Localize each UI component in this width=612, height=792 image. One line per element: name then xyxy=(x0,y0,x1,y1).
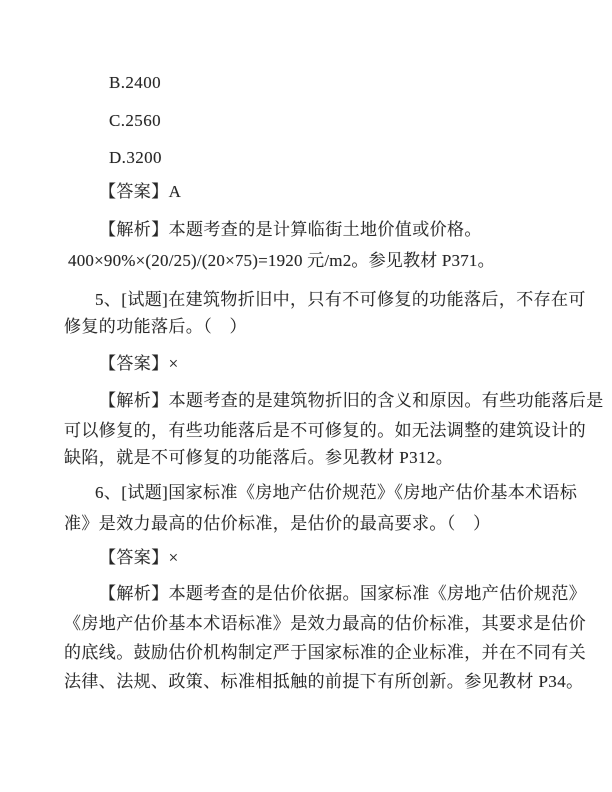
question5-answer: 【答案】× xyxy=(99,353,179,375)
question5-analysis-line1: 【解析】本题考查的是建筑物折旧的含义和原因。有些功能落后是 xyxy=(99,390,604,412)
option-d: D.3200 xyxy=(109,147,162,169)
option-c: C.2560 xyxy=(109,110,161,132)
question6-analysis-line4: 法律、法规、政策、标准相抵触的前提下有所创新。参见教材 P34。 xyxy=(64,671,584,693)
document-page: B.2400 C.2560 D.3200 【答案】A 【解析】本题考查的是计算临… xyxy=(0,0,612,792)
question6-stem-line1: 6、[试题]国家标准《房地产估价规范》《房地产估价基本术语标 xyxy=(95,482,577,504)
question6-analysis-line3: 的底线。鼓励估价机构制定严于国家标准的企业标准，并在不同有关 xyxy=(64,642,586,664)
analysis-partial-formula: 400×90%×(20/25)/(20×75)=1920 元/m2。参见教材 P… xyxy=(68,250,495,272)
question6-analysis-line1: 【解析】本题考查的是估价依据。国家标准《房地产估价规范》 xyxy=(99,583,586,605)
question6-analysis-line2: 《房地产估价基本术语标准》是效力最高的估价标准，其要求是估价 xyxy=(64,613,586,635)
question5-analysis-line2: 可以修复的，有些功能落后是不可修复的。如无法调整的建筑设计的 xyxy=(64,420,586,442)
question6-stem-line2: 准》是效力最高的估价标准，是估价的最高要求。（ ） xyxy=(64,513,491,535)
answer-partial-question: 【答案】A xyxy=(99,181,181,203)
question5-stem-line1: 5、[试题]在建筑物折旧中，只有不可修复的功能落后，不存在可 xyxy=(95,289,586,311)
question5-analysis-line3: 缺陷，就是不可修复的功能落后。参见教材 P312。 xyxy=(64,447,453,469)
question6-answer: 【答案】× xyxy=(99,547,179,569)
analysis-partial-line1: 【解析】本题考查的是计算临街土地价值或价格。 xyxy=(99,219,482,241)
option-b: B.2400 xyxy=(109,72,161,94)
question5-stem-line2: 修复的功能落后。（ ） xyxy=(64,316,247,338)
